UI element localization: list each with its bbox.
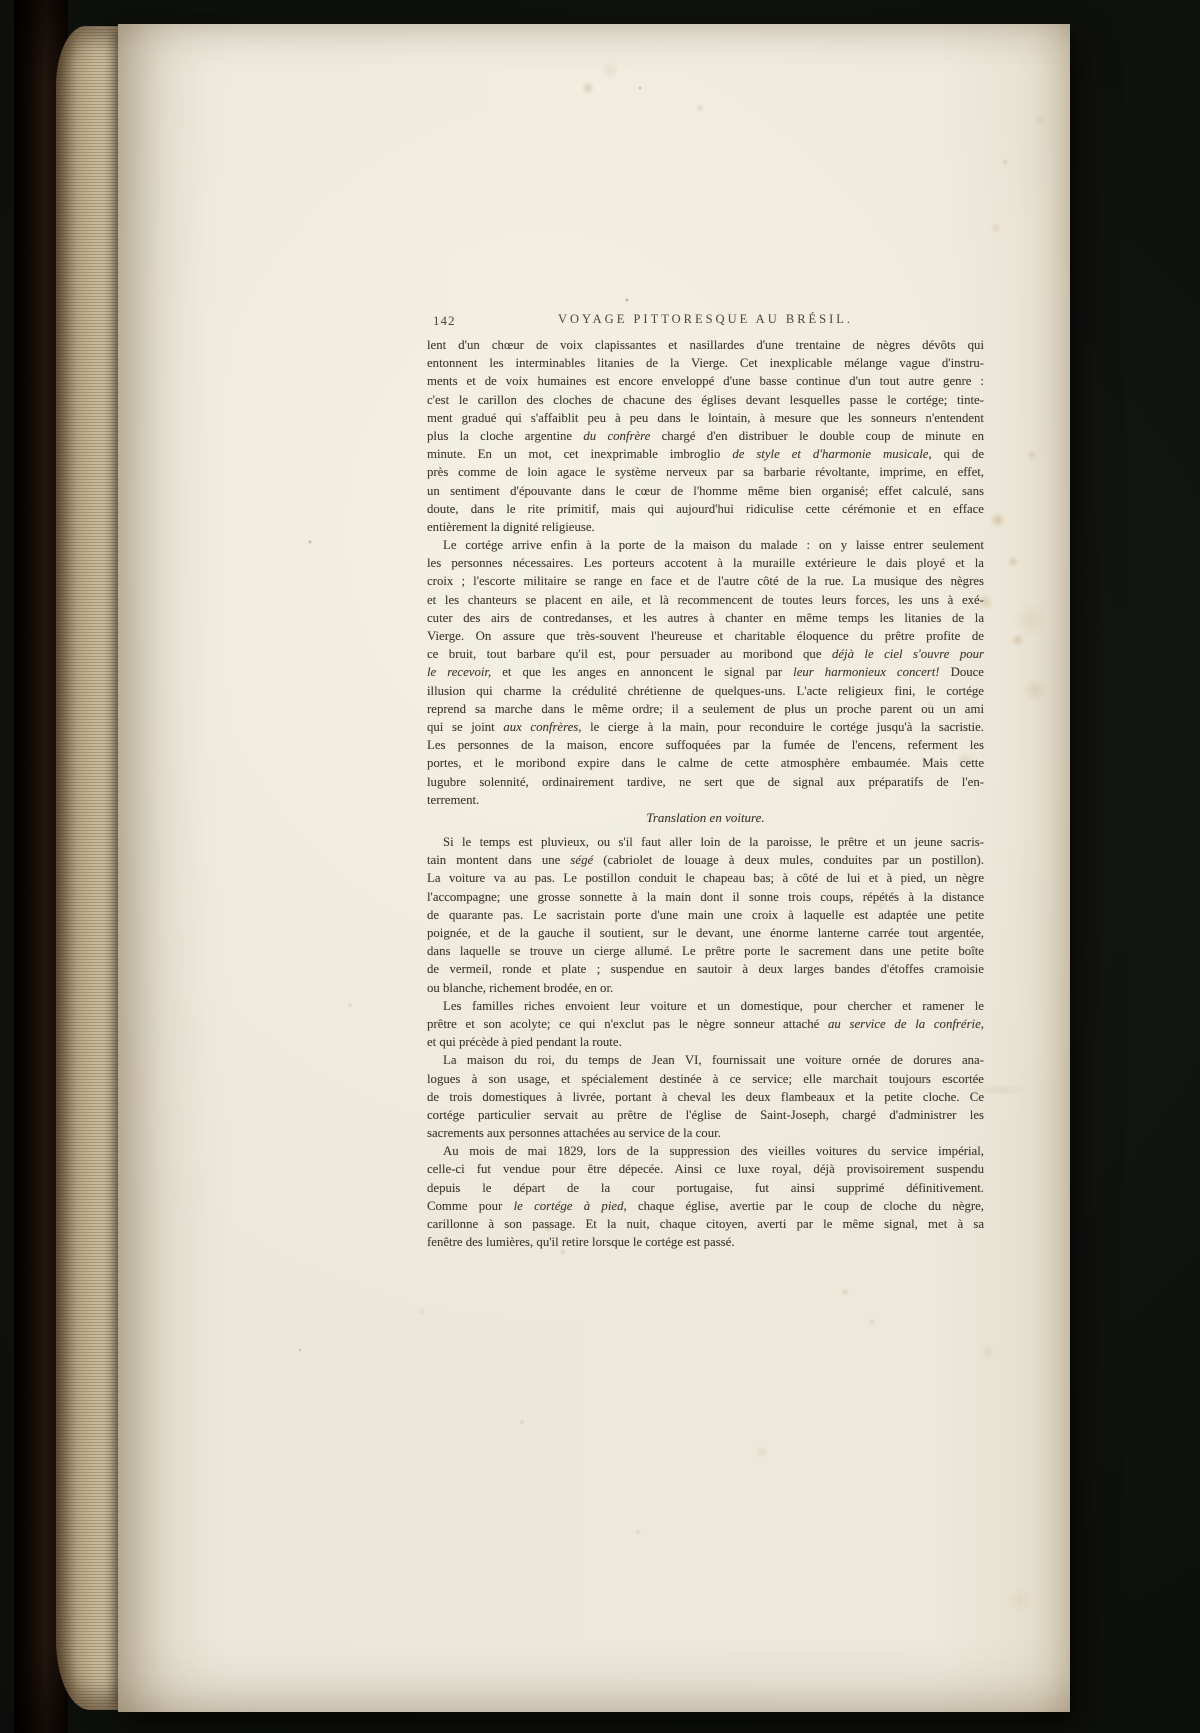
section-heading: Translation en voiture.	[427, 809, 984, 827]
text-line: ce bruit, tout barbare qu'il est, pour p…	[427, 645, 984, 663]
text-line: Le cortége arrive enfin à la porte de la…	[427, 536, 984, 554]
text-line: cuter des airs de contredanses, et les a…	[427, 609, 984, 627]
text-line: La maison du roi, du temps de Jean VI, f…	[427, 1051, 984, 1069]
text-line: depuis le départ de la cour portugaise, …	[427, 1179, 984, 1197]
text-line: Si le temps est pluvieux, ou s'il faut a…	[427, 833, 984, 851]
text-line: et les chanteurs se placent en aile, et …	[427, 591, 984, 609]
book-photograph: 142 VOYAGE PITTORESQUE AU BRÉSIL. lent d…	[0, 0, 1200, 1733]
text-line: et qui précède à pied pendant la route.	[427, 1033, 984, 1051]
text-line: poignée, et de la gauche il soutient, su…	[427, 924, 984, 942]
text-line: l'accompagne; une grosse sonnette à la m…	[427, 888, 984, 906]
text-line: de trois domestiques à livrée, portant à…	[427, 1088, 984, 1106]
text-line: doute, dans le rite primitif, mais qui a…	[427, 500, 984, 518]
running-title: VOYAGE PITTORESQUE AU BRÉSIL.	[427, 312, 984, 327]
text-line: ou blanche, richement brodée, en or.	[427, 979, 984, 997]
book-page: 142 VOYAGE PITTORESQUE AU BRÉSIL. lent d…	[118, 24, 1070, 1712]
text-line: c'est le carillon des cloches de chacune…	[427, 391, 984, 409]
text-line: portes, et le moribond expire dans le ca…	[427, 754, 984, 772]
text-line: entièrement la dignité religieuse.	[427, 518, 984, 536]
text-line: Les familles riches envoient leur voitur…	[427, 997, 984, 1015]
text-line: un sentiment d'épouvante dans le cœur de…	[427, 482, 984, 500]
text-line: lugubre solennité, ordinairement tardive…	[427, 773, 984, 791]
text-line: Au mois de mai 1829, lors de la suppress…	[427, 1142, 984, 1160]
text-line: sacrements aux personnes attachées au se…	[427, 1124, 984, 1142]
text-line: celle-ci fut vendue pour être dépecée. A…	[427, 1160, 984, 1178]
text-line: illusion qui charme la crédulité chrétie…	[427, 682, 984, 700]
text-line: plus la cloche argentine du confrère cha…	[427, 427, 984, 445]
text-line: dans laquelle se trouve un cierge allumé…	[427, 942, 984, 960]
text-line: Vierge. On assure que très-souvent l'heu…	[427, 627, 984, 645]
text-line: de quarante pas. Le sacristain porte d'u…	[427, 906, 984, 924]
text-line: le recevoir, et que les anges en annonce…	[427, 663, 984, 681]
text-line: logues à son usage, et spécialement dest…	[427, 1070, 984, 1088]
text-line: Comme pour le cortége à pied, chaque égl…	[427, 1197, 984, 1215]
page-header: 142 VOYAGE PITTORESQUE AU BRÉSIL.	[427, 312, 984, 332]
text-column: lent d'un chœur de voix clapissantes et …	[427, 336, 984, 1251]
text-line: fenêtre des lumières, qu'il retire lorsq…	[427, 1233, 984, 1251]
text-line: entonnent les interminables litanies de …	[427, 354, 984, 372]
text-line: terrement.	[427, 791, 984, 809]
text-line: reprend sa marche dans le même ordre; il…	[427, 700, 984, 718]
text-line: tain montent dans une ségé (cabriolet de…	[427, 851, 984, 869]
text-line: La voiture va au pas. Le postillon condu…	[427, 869, 984, 887]
text-line: lent d'un chœur de voix clapissantes et …	[427, 336, 984, 354]
text-line: ments et de voix humaines est encore env…	[427, 372, 984, 390]
text-line: les personnes nécessaires. Les porteurs …	[427, 554, 984, 572]
text-line: minute. En un mot, cet inexprimable imbr…	[427, 445, 984, 463]
text-line: ment gradué qui s'affaiblit peu à peu da…	[427, 409, 984, 427]
text-line: près comme de loin agace le système nerv…	[427, 463, 984, 481]
text-line: qui se joint aux confrères, le cierge à …	[427, 718, 984, 736]
text-line: cortége particulier servait au prêtre de…	[427, 1106, 984, 1124]
text-line: prêtre et son acolyte; ce qui n'exclut p…	[427, 1015, 984, 1033]
text-line: carillonne à son passage. Et la nuit, ch…	[427, 1215, 984, 1233]
text-line: de vermeil, ronde et plate ; suspendue e…	[427, 960, 984, 978]
text-line: Les personnes de la maison, encore suffo…	[427, 736, 984, 754]
text-line: croix ; l'escorte militaire se range en …	[427, 572, 984, 590]
